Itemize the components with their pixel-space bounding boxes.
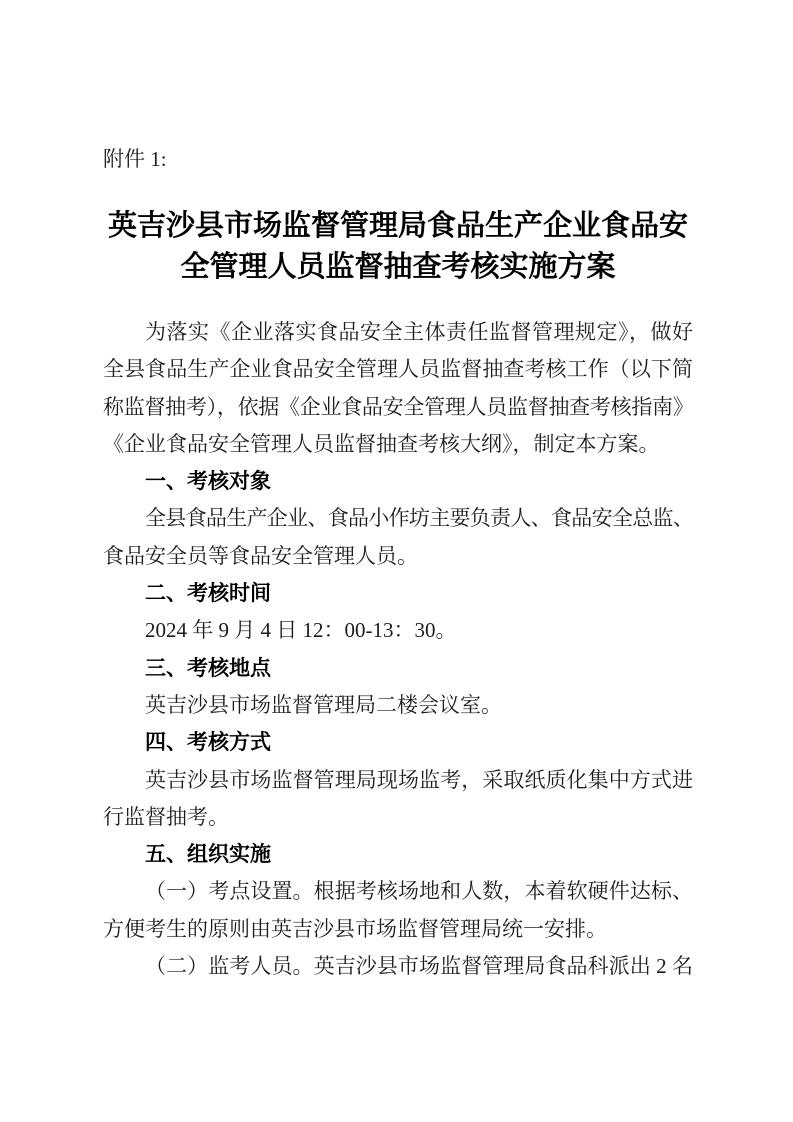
section-3-heading: 三、考核地点: [103, 650, 693, 687]
document-title: 英吉沙县市场监督管理局食品生产企业食品安 全管理人员监督抽查考核实施方案: [103, 206, 693, 288]
section-4-line-2: 行监督抽考。: [103, 799, 693, 836]
attachment-label: 附件 1:: [103, 140, 693, 178]
document-title-line-2: 全管理人员监督抽查考核实施方案: [103, 247, 693, 288]
document-page: 附件 1: 英吉沙县市场监督管理局食品生产企业食品安 全管理人员监督抽查考核实施…: [0, 0, 793, 1122]
document-title-line-1: 英吉沙县市场监督管理局食品生产企业食品安: [103, 206, 693, 247]
section-1-line-2: 食品安全员等食品安全管理人员。: [103, 538, 693, 575]
section-5-heading: 五、组织实施: [103, 836, 693, 873]
section-1-heading: 一、考核对象: [103, 463, 693, 500]
section-1-line-1: 全县食品生产企业、食品小作坊主要负责人、食品安全总监、: [103, 500, 693, 537]
section-5-line-1: （一）考点设置。根据考核场地和人数，本着软硬件达标、: [103, 873, 693, 910]
section-4-heading: 四、考核方式: [103, 724, 693, 761]
intro-line-1: 为落实《企业落实食品安全主体责任监督管理规定》，做好: [103, 314, 693, 351]
intro-line-2: 全县食品生产企业食品安全管理人员监督抽查考核工作（以下简: [103, 351, 693, 388]
section-4-line-1: 英吉沙县市场监督管理局现场监考，采取纸质化集中方式进: [103, 762, 693, 799]
intro-line-4: 《企业食品安全管理人员监督抽查考核大纲》，制定本方案。: [103, 426, 693, 463]
section-3-line-1: 英吉沙县市场监督管理局二楼会议室。: [103, 687, 693, 724]
section-5-line-3: （二）监考人员。英吉沙县市场监督管理局食品科派出 2 名: [103, 948, 693, 985]
section-5-line-2: 方便考生的原则由英吉沙县市场监督管理局统一安排。: [103, 911, 693, 948]
document-body: 为落实《企业落实食品安全主体责任监督管理规定》，做好 全县食品生产企业食品安全管…: [103, 314, 693, 985]
document-content: 附件 1: 英吉沙县市场监督管理局食品生产企业食品安 全管理人员监督抽查考核实施…: [103, 140, 693, 985]
section-2-line-1: 2024 年 9 月 4 日 12：00-13：30。: [103, 612, 693, 649]
section-2-heading: 二、考核时间: [103, 575, 693, 612]
intro-line-3: 称监督抽考），依据《企业食品安全管理人员监督抽查考核指南》: [103, 389, 693, 426]
